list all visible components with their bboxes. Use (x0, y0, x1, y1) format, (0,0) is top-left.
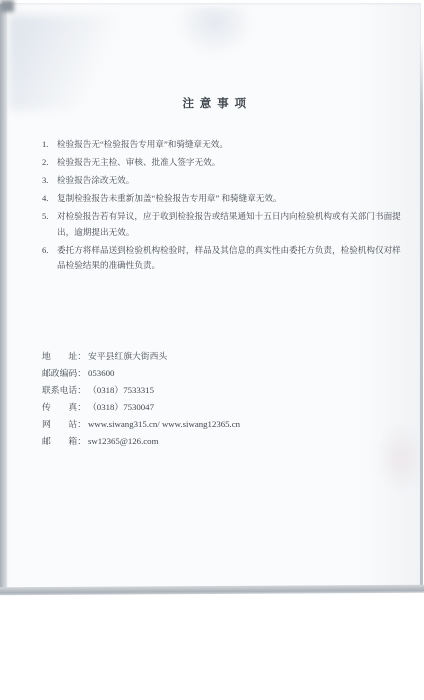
contact-row-website: 网 站：www.siwang315.cn/ www.siwang12365.cn (42, 416, 240, 433)
notice-item-1: 1. 检验报告无“检验报告专用章”和骑缝章无效。 (42, 137, 404, 153)
paper-smudge (377, 423, 424, 493)
item-text: 检验报告无“检验报告专用章”和骑缝章无效。 (57, 137, 403, 153)
contact-label: 联系电话： (42, 382, 86, 399)
paper-crease (281, 3, 421, 591)
item-text: 检验报告涂改无效。 (57, 173, 403, 189)
contact-value: www.siwang315.cn/ www.siwang12365.cn (88, 419, 240, 429)
contact-value: 053600 (88, 368, 114, 378)
contact-value: （0318）7533315 (88, 385, 154, 395)
contact-label: 传 真： (42, 399, 86, 416)
contact-row-address: 地 址：安平县红旗大街西头 (42, 348, 240, 365)
notice-item-2: 2. 检验报告无主检、审核、批准人签字无效。 (42, 155, 404, 171)
contact-label: 地 址： (42, 348, 86, 365)
contact-label: 网 站： (42, 416, 86, 433)
notice-item-6: 6. 委托方将样品送到检验机构检验时，样品及其信息的真实性由委托方负责，检验机构… (42, 243, 404, 274)
contact-value: 安平县红旗大街西头 (88, 351, 167, 361)
contact-value: （0318）7530047 (88, 402, 154, 412)
scan-edge-bottom (0, 585, 424, 596)
contact-row-postcode: 邮政编码：053600 (42, 365, 240, 382)
contact-label: 邮 箱： (42, 433, 86, 450)
scan-background: 注 意 事 项 1. 检验报告无“检验报告专用章”和骑缝章无效。 2. 检验报告… (0, 0, 424, 700)
item-number: 6. (42, 243, 57, 274)
contact-value: sw12365@126.com (88, 436, 158, 446)
scanned-page: 注 意 事 项 1. 检验报告无“检验报告专用章”和骑缝章无效。 2. 检验报告… (7, 3, 421, 591)
contact-block: 地 址：安平县红旗大街西头 邮政编码：053600 联系电话：（0318）753… (42, 348, 240, 450)
scan-edge-corner (0, 0, 14, 12)
notice-item-4: 4. 复制检验报告未重新加盖“检验报告专用章” 和骑缝章无效。 (42, 191, 404, 207)
item-number: 4. (42, 191, 57, 207)
item-number: 5. (42, 209, 57, 240)
contact-row-fax: 传 真：（0318）7530047 (42, 399, 240, 416)
contact-row-phone: 联系电话：（0318）7533315 (42, 382, 240, 399)
notice-item-3: 3. 检验报告涂改无效。 (42, 173, 404, 189)
item-text: 复制检验报告未重新加盖“检验报告专用章” 和骑缝章无效。 (57, 191, 403, 207)
notice-list: 1. 检验报告无“检验报告专用章”和骑缝章无效。 2. 检验报告无主检、审核、批… (42, 137, 404, 276)
item-number: 1. (42, 137, 57, 153)
item-text: 委托方将样品送到检验机构检验时，样品及其信息的真实性由委托方负责，检验机构仅对样… (57, 243, 403, 274)
scan-edge-left (0, 4, 7, 594)
scan-edge-right (420, 40, 423, 592)
notice-item-5: 5. 对检验报告若有异议，应于收到检验报告或结果通知十五日内向检验机构或有关部门… (42, 209, 404, 240)
item-number: 2. (42, 155, 57, 171)
contact-label: 邮政编码： (42, 365, 86, 382)
page-title: 注 意 事 项 (7, 95, 421, 111)
item-text: 对检验报告若有异议，应于收到检验报告或结果通知十五日内向检验机构或有关部门书面提… (57, 209, 403, 240)
item-text: 检验报告无主检、审核、批准人签字无效。 (57, 155, 403, 171)
item-number: 3. (42, 173, 57, 189)
contact-row-email: 邮 箱：sw12365@126.com (42, 433, 240, 450)
paper-crease (175, 7, 255, 57)
